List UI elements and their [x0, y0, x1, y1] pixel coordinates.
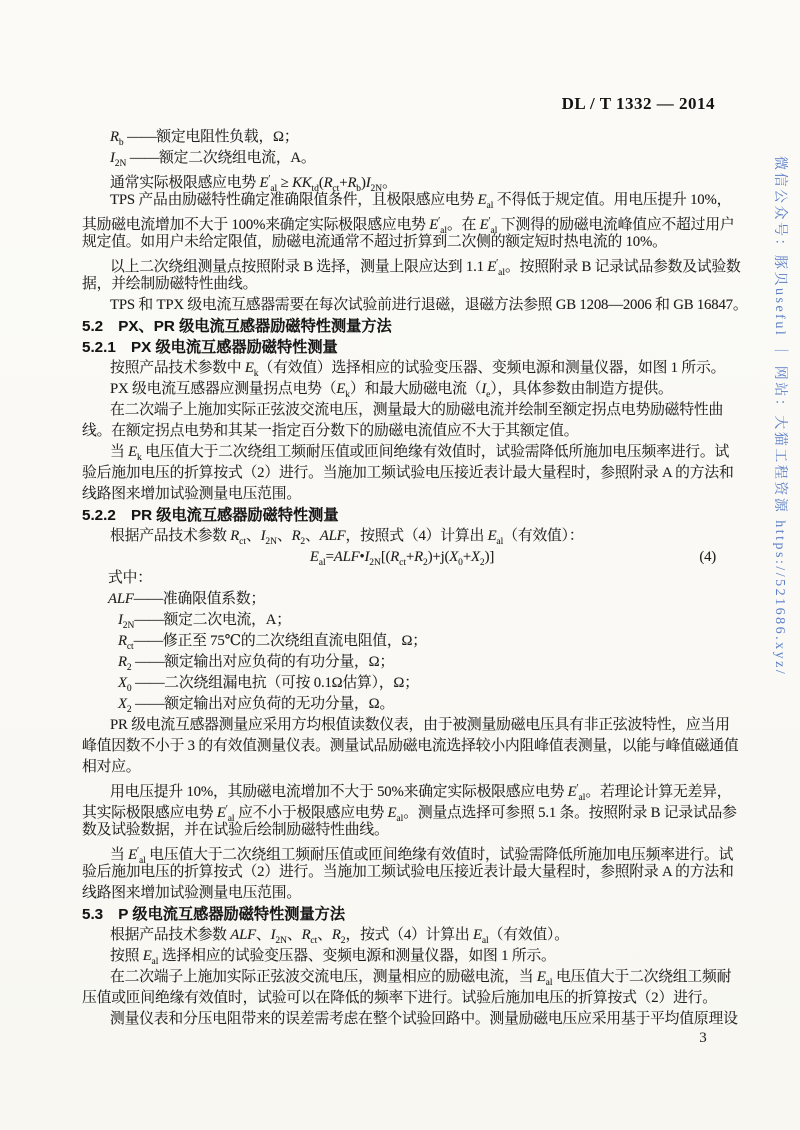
text-segment: 线路图来增加试验测量电压范围。	[82, 885, 301, 901]
text-line: Rb ——额定电阻性负载，Ω；	[82, 127, 722, 148]
text-segment: 根据产品技术参数	[110, 927, 230, 943]
text-segment: 峰值因数不小于 3 的有效值测量仪表。测量试品励磁电流选择较小内阻峰值表测量，以…	[82, 738, 738, 754]
text-line: 线。在额定拐点电势和其某一指定百分数下的励磁电流值应不大于其额定值。	[82, 421, 722, 442]
text-line: 其实际极限感应电势 E′al 应不小于极限感应电势 Eal。测量点选择可参照 5…	[82, 799, 722, 820]
text-segment: 2N	[115, 159, 127, 169]
text-segment: 据，并绘制励磁特性曲线。	[82, 276, 257, 292]
text-segment: （有效值）。	[489, 927, 569, 943]
text-segment: 5.2 PX、PR 级电流互感器励磁特性测量方法	[82, 318, 392, 335]
text-segment: X	[449, 549, 458, 565]
text-segment: 规定值。如用户未给定限值，励磁电流通常不超过折算到二次侧的额定短时热电流的 10…	[82, 234, 667, 250]
text-segment: TPS 产品由励磁特性确定准确限值条件，且极限感应电势	[110, 192, 478, 208]
equation-number: (4)	[699, 547, 716, 568]
section-heading: 5.2.2 PR 级电流互感器励磁特性测量	[82, 505, 722, 526]
text-segment: R	[110, 129, 119, 145]
text-segment: ——准确限值系数；	[134, 591, 265, 607]
formula-line: Eal=ALF•I2N[(Rct+R2)+j(X0+X2)](4)	[82, 547, 722, 568]
text-line: PX 级电流互感器应测量拐点电势（Ek）和最大励磁电流（Ie），具体参数由制造方…	[82, 379, 722, 400]
text-segment: 。按照附录 B 记录试品参数及试验数	[505, 259, 741, 275]
text-segment: 不得低于规定值。用电压提升 10%，	[493, 192, 731, 208]
text-segment: 。在	[447, 217, 480, 233]
text-segment: 2N	[275, 936, 287, 946]
text-segment: TPS 和 TPX 级电流互感器需要在每次试验前进行退磁，退磁方法参照 GB 1…	[110, 297, 747, 313]
text-segment: E	[143, 948, 152, 964]
text-segment: ——修正至 75℃的二次绕组直流电阻值，Ω；	[134, 633, 427, 649]
text-segment: 2N	[265, 537, 277, 547]
text-line: 式中：	[82, 568, 722, 589]
text-segment: ），具体参数由制造方提供。	[490, 381, 672, 397]
document-body: Rb ——额定电阻性负载，Ω；I2N ——额定二次绕组电流，A。通常实际极限感应…	[82, 127, 722, 1030]
text-segment: （有效值）：	[503, 528, 583, 544]
text-line: 以上二次绕组测量点按照附录 B 选择，测量上限应达到 1.1 E′al。按照附录…	[82, 253, 722, 274]
text-segment: 测量仪表和分压电阻带来的误差需考虑在整个试验回路中。测量励磁电压应采用基于平均值…	[110, 1011, 738, 1027]
text-line: X2 ——额定输出对应负荷的无功分量，Ω。	[82, 694, 722, 715]
text-segment: al	[482, 936, 489, 946]
text-line: X0 ——二次绕组漏电抗（可按 0.1Ω估算），Ω；	[82, 673, 722, 694]
text-segment: E	[487, 259, 496, 275]
text-segment: 5.2.2 PR 级电流互感器励磁特性测量	[82, 507, 339, 524]
text-segment: PX 级电流互感器应测量拐点电势（	[110, 381, 336, 397]
section-heading: 5.3 P 级电流互感器励磁特性测量方法	[82, 904, 722, 925]
text-segment: )]	[485, 549, 494, 565]
text-segment: al	[319, 558, 326, 568]
text-segment: R	[332, 927, 341, 943]
section-heading: 5.2 PX、PR 级电流互感器励磁特性测量方法	[82, 316, 722, 337]
text-line: 线路图来增加试验测量电压范围。	[82, 484, 722, 505]
text-segment: 2N	[369, 558, 381, 568]
text-segment: 2N	[123, 621, 135, 631]
text-segment: 、	[305, 528, 320, 544]
text-segment: ct	[399, 558, 406, 568]
text-line: 其励磁电流增加不大于 100%来确定实际极限感应电势 E′al。在 E′al 下…	[82, 211, 722, 232]
text-segment: ）和最大励磁电流（	[350, 381, 481, 397]
text-segment: 通常实际极限感应电势	[110, 175, 259, 191]
text-segment: X	[118, 696, 127, 712]
text-segment: PR 级电流互感器测量应采用方均根值读数仪表，由于被测量励磁电压具有非正弦波特性…	[110, 717, 730, 733]
text-segment: R	[347, 175, 356, 191]
text-segment: 数及试验数据，并在试验后绘制励磁特性曲线。	[82, 822, 389, 838]
text-segment: 电压值大于二次绕组工频耐	[553, 969, 732, 985]
text-line: 根据产品技术参数 Rct、I2N、R2、ALF，按照式（4）计算出 Eal（有效…	[82, 526, 722, 547]
text-segment: ALF	[320, 528, 346, 544]
text-segment: R	[414, 549, 423, 565]
text-segment: 按照产品技术参数中	[110, 360, 245, 376]
text-segment: ——额定二次电流，A；	[134, 612, 290, 628]
text-segment: 线。在额定拐点电势和其某一指定百分数下的励磁电流值应不大于其额定值。	[82, 423, 578, 439]
text-segment: )+j(	[428, 549, 450, 565]
text-segment: ALF	[334, 549, 360, 565]
text-segment: ——额定二次绕组电流，A。	[126, 150, 315, 166]
text-segment: R	[230, 528, 239, 544]
text-segment: E	[128, 444, 137, 460]
text-segment: +	[463, 549, 471, 565]
text-segment: 、	[287, 927, 302, 943]
text-segment: 5.2.1 PX 级电流互感器励磁特性测量	[82, 339, 338, 356]
text-line: Rct——修正至 75℃的二次绕组直流电阻值，Ω；	[82, 631, 722, 652]
text-segment: 下测得的励磁电流峰值应不超过用户	[497, 217, 734, 233]
text-segment: 其实际极限感应电势	[82, 805, 217, 821]
text-line: 测量仪表和分压电阻带来的误差需考虑在整个试验回路中。测量励磁电压应采用基于平均值…	[82, 1009, 722, 1030]
standard-number: DL / T 1332 — 2014	[562, 94, 715, 114]
text-segment: R	[390, 549, 399, 565]
text-segment: 验后施加电压的折算按式（2）进行。当施加工频试验电压接近表计最大量程时，参照附录…	[82, 864, 734, 880]
text-segment: E	[217, 805, 226, 821]
text-segment: 、	[246, 528, 261, 544]
text-segment: al	[498, 268, 505, 278]
text-segment: +	[406, 549, 414, 565]
text-segment: ——额定输出对应负荷的无功分量，Ω。	[132, 696, 394, 712]
text-line: 根据产品技术参数 ALF、I2N、Rct、R2，按式（4）计算出 Eal（有效值…	[82, 925, 722, 946]
text-segment: X	[118, 675, 127, 691]
text-line: 按照产品技术参数中 Ek（有效值）选择相应的试验变压器、变频电源和测量仪器，如图…	[82, 358, 722, 379]
section-heading: 5.2.1 PX 级电流互感器励磁特性测量	[82, 337, 722, 358]
watermark-text: 微信公众号：豚贝useful ｜ 网站：大猫工程资源 https://52168…	[771, 156, 791, 676]
text-segment: R	[118, 654, 127, 670]
text-segment: ALF	[230, 927, 256, 943]
text-segment: 式中：	[108, 570, 152, 586]
text-segment: 在二次端子上施加实际正弦波交流电压，测量最大的励磁电流并绘制至额定拐点电势励磁特…	[110, 402, 723, 418]
text-line: 验后施加电压的折算按式（2）进行。当施加工频试验电压接近表计最大量程时，参照附录…	[82, 463, 722, 484]
text-line: PR 级电流互感器测量应采用方均根值读数仪表，由于被测量励磁电压具有非正弦波特性…	[82, 715, 722, 736]
text-segment: E	[245, 360, 254, 376]
text-segment: （有效值）选择相应的试验变压器、变频电源和测量仪器，如图 1 所示。	[258, 360, 725, 376]
text-segment: E	[480, 217, 489, 233]
text-segment: E	[128, 847, 137, 863]
text-segment: [(	[381, 549, 390, 565]
text-line: 用电压提升 10%，其励磁电流增加不大于 50%来确定实际极限感应电势 E′al…	[82, 778, 722, 799]
text-line: 峰值因数不小于 3 的有效值测量仪表。测量试品励磁电流选择较小内阻峰值表测量，以…	[82, 736, 722, 757]
text-segment: R	[118, 633, 127, 649]
text-line: 压值或匝间绝缘有效值时，试验可以在降低的频率下进行。试验后施加电压的折算按式（2…	[82, 988, 722, 1009]
text-segment: 根据产品技术参数	[110, 528, 230, 544]
text-segment: ALF	[108, 591, 134, 607]
text-line: 据，并绘制励磁特性曲线。	[82, 274, 722, 295]
text-line: I2N ——额定二次绕组电流，A。	[82, 148, 722, 169]
text-segment: 当	[110, 847, 128, 863]
text-segment: 选择相应的试验变压器、变频电源和测量仪器，如图 1 所示。	[158, 948, 555, 964]
text-segment: 5.3 P 级电流互感器励磁特性测量方法	[82, 906, 345, 923]
text-segment: ct	[127, 642, 134, 652]
text-segment: 验后施加电压的折算按式（2）进行。当施加工频试验电压接近表计最大量程时，参照附录…	[82, 465, 734, 481]
text-segment: ct	[239, 537, 246, 547]
text-segment: 、	[317, 927, 332, 943]
text-segment: 、	[256, 927, 271, 943]
text-segment: 压值或匝间绝缘有效值时，试验可以在降低的频率下进行。试验后施加电压的折算按式（2…	[82, 990, 717, 1006]
text-line: 验后施加电压的折算按式（2）进行。当施加工频试验电压接近表计最大量程时，参照附录…	[82, 862, 722, 883]
text-segment: 在二次端子上施加实际正弦波交流电压，测量相应的励磁电流，当	[110, 969, 537, 985]
text-segment: ——额定电阻性负载，Ω；	[124, 129, 299, 145]
text-segment: 其励磁电流增加不大于 100%来确定实际极限感应电势	[82, 217, 429, 233]
text-segment: E	[473, 927, 482, 943]
text-segment: E	[336, 381, 345, 397]
text-segment: ≥	[277, 175, 292, 191]
text-segment: =	[326, 549, 334, 565]
text-line: 通常实际极限感应电势 E′al ≥ KKtd(Rct+Rb)I2N。	[82, 169, 722, 190]
text-segment: E	[429, 217, 438, 233]
text-line: 在二次端子上施加实际正弦波交流电压，测量相应的励磁电流，当 Eal 电压值大于二…	[82, 967, 722, 988]
text-segment: E	[259, 175, 268, 191]
text-segment: 应不小于极限感应电势	[235, 805, 388, 821]
text-line: 按照 Eal 选择相应的试验变压器、变频电源和测量仪器，如图 1 所示。	[82, 946, 722, 967]
text-segment: 当	[110, 444, 128, 460]
text-segment: 、	[277, 528, 292, 544]
text-segment: E	[537, 969, 546, 985]
text-segment: X	[471, 549, 480, 565]
text-segment: ，按式（4）计算出	[345, 927, 472, 943]
text-segment: 相对应。	[82, 759, 140, 775]
text-line: TPS 和 TPX 级电流互感器需要在每次试验前进行退磁，退磁方法参照 GB 1…	[82, 295, 722, 316]
text-segment: 按照	[110, 948, 143, 964]
text-line: TPS 产品由励磁特性确定准确限值条件，且极限感应电势 Eal 不得低于规定值。…	[82, 190, 722, 211]
text-line: I2N——额定二次电流，A；	[82, 610, 722, 631]
text-segment: 用电压提升 10%，其励磁电流增加不大于 50%来确定实际极限感应电势	[110, 784, 568, 800]
text-segment: E	[310, 549, 319, 565]
page-number: 3	[688, 1030, 718, 1047]
text-segment: ——额定输出对应负荷的有功分量，Ω；	[132, 654, 394, 670]
text-line: 相对应。	[82, 757, 722, 778]
text-line: 在二次端子上施加实际正弦波交流电压，测量最大的励磁电流并绘制至额定拐点电势励磁特…	[82, 400, 722, 421]
document-page: DL / T 1332 — 2014 Rb ——额定电阻性负载，Ω；I2N ——…	[0, 0, 800, 1130]
text-segment: al	[546, 978, 553, 988]
text-segment: KK	[292, 175, 311, 191]
text-segment: 以上二次绕组测量点按照附录 B 选择，测量上限应达到 1.1	[110, 259, 487, 275]
text-line: 线路图来增加试验测量电压范围。	[82, 883, 722, 904]
text-segment: E	[568, 784, 577, 800]
text-line: 当 Ek 电压值大于二次绕组工频耐压值或匝间绝缘有效值时，试验需降低所施加电压频…	[82, 442, 722, 463]
text-line: ALF——准确限值系数；	[82, 589, 722, 610]
text-segment: ，按照式（4）计算出	[345, 528, 487, 544]
text-segment: 电压值大于二次绕组工频耐压值或匝间绝缘有效值时，试验需降低所施加电压频率进行。试	[142, 444, 729, 460]
text-segment: 。若理论计算无差异，	[585, 784, 731, 800]
text-segment: ——二次绕组漏电抗（可按 0.1Ω估算），Ω；	[132, 675, 419, 691]
text-segment: 线路图来增加试验测量电压范围。	[82, 486, 301, 502]
text-segment: 。	[382, 175, 397, 191]
text-segment: 电压值大于二次绕组工频耐压值或匝间绝缘有效值时，试验需降低所施加电压频率进行。试	[146, 847, 733, 863]
text-line: 当 E′al 电压值大于二次绕组工频耐压值或匝间绝缘有效值时，试验需降低所施加电…	[82, 841, 722, 862]
text-line: 规定值。如用户未给定限值，励磁电流通常不超过折算到二次侧的额定短时热电流的 10…	[82, 232, 722, 253]
text-segment: 。测量点选择可参照 5.1 条。按照附录 B 记录试品参	[403, 805, 737, 821]
text-line: R2 ——额定输出对应负荷的有功分量，Ω；	[82, 652, 722, 673]
